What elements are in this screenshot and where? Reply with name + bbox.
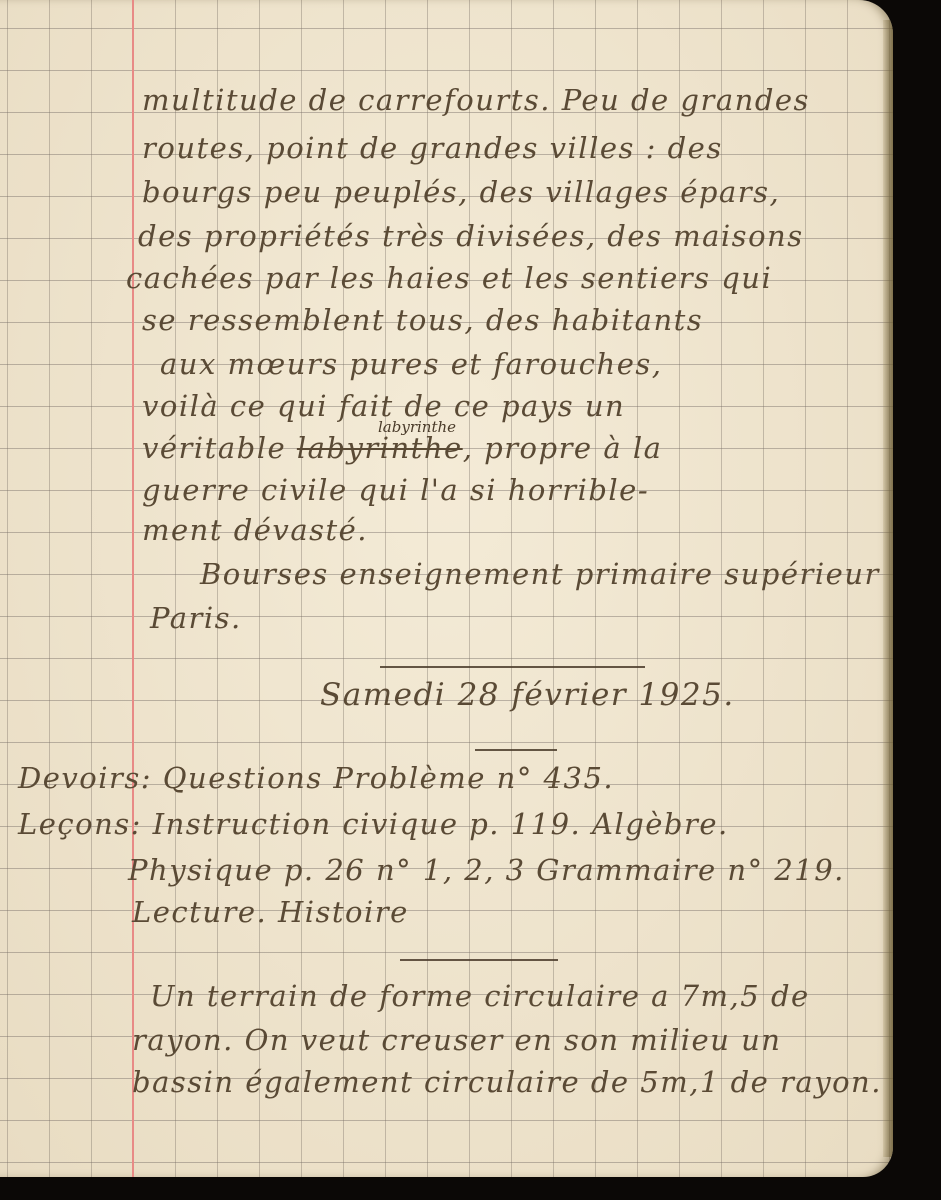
- passage-line-11: ment dévasté.: [142, 516, 368, 545]
- passage-line-6: se ressemblent tous, des habitants: [142, 306, 703, 335]
- devoirs-items: Questions Problème n° 435.: [163, 761, 614, 795]
- lecons-line: Leçons: Instruction civique p. 119. Algè…: [18, 810, 729, 839]
- devoirs-label: Devoirs:: [18, 761, 152, 795]
- lecons-line-2: Physique p. 26 n° 1, 2, 3 Grammaire n° 2…: [128, 856, 845, 885]
- passage-line-1: multitude de carrefourts. Peu de grandes: [142, 86, 810, 115]
- margin-line: [132, 0, 134, 1177]
- passage-line-7: aux mœurs pures et farouches,: [160, 350, 662, 379]
- source-city: Paris.: [150, 604, 242, 633]
- separator-short: [475, 749, 557, 751]
- correction-annotation: labyrinthe: [378, 418, 456, 436]
- source-citation: Bourses enseignement primaire supérieur: [200, 560, 880, 589]
- problem-line-1: Un terrain de forme circulaire a 7m,5 de: [150, 982, 810, 1011]
- lecons-line-3: Lecture. Histoire: [132, 898, 409, 927]
- passage-line-5: cachées par les haies et les sentiers qu…: [126, 264, 772, 293]
- passage-line-8: voilà ce qui fait de ce pays un: [142, 392, 625, 421]
- passage-line-4: des propriétés très divisées, des maison…: [138, 222, 804, 251]
- passage-line-9: véritable labyrinthe, propre à la: [142, 434, 662, 463]
- problem-line-3: bassin également circulaire de 5m,1 de r…: [132, 1068, 882, 1097]
- lecons-items: Instruction civique p. 119. Algèbre.: [153, 807, 729, 841]
- line9-rest: , propre à la: [463, 431, 663, 465]
- notebook-page: multitude de carrefourts. Peu de grandes…: [0, 0, 893, 1177]
- devoirs-line: Devoirs: Questions Problème n° 435.: [18, 764, 614, 793]
- date-heading: Samedi 28 février 1925.: [320, 680, 735, 711]
- struck-word: labyrinthe: [297, 431, 463, 465]
- separator-problem: [400, 959, 558, 961]
- problem-line-2: rayon. On veut creuser en son milieu un: [132, 1026, 781, 1055]
- word-veritable: véritable: [142, 431, 286, 465]
- lecons-label: Leçons:: [18, 807, 142, 841]
- passage-line-3: bourgs peu peuplés, des villages épars,: [142, 178, 780, 207]
- passage-line-2: routes, point de grandes villes : des: [142, 134, 723, 163]
- passage-line-10: guerre civile qui l'a si horrible-: [142, 476, 649, 505]
- separator-top: [380, 666, 645, 668]
